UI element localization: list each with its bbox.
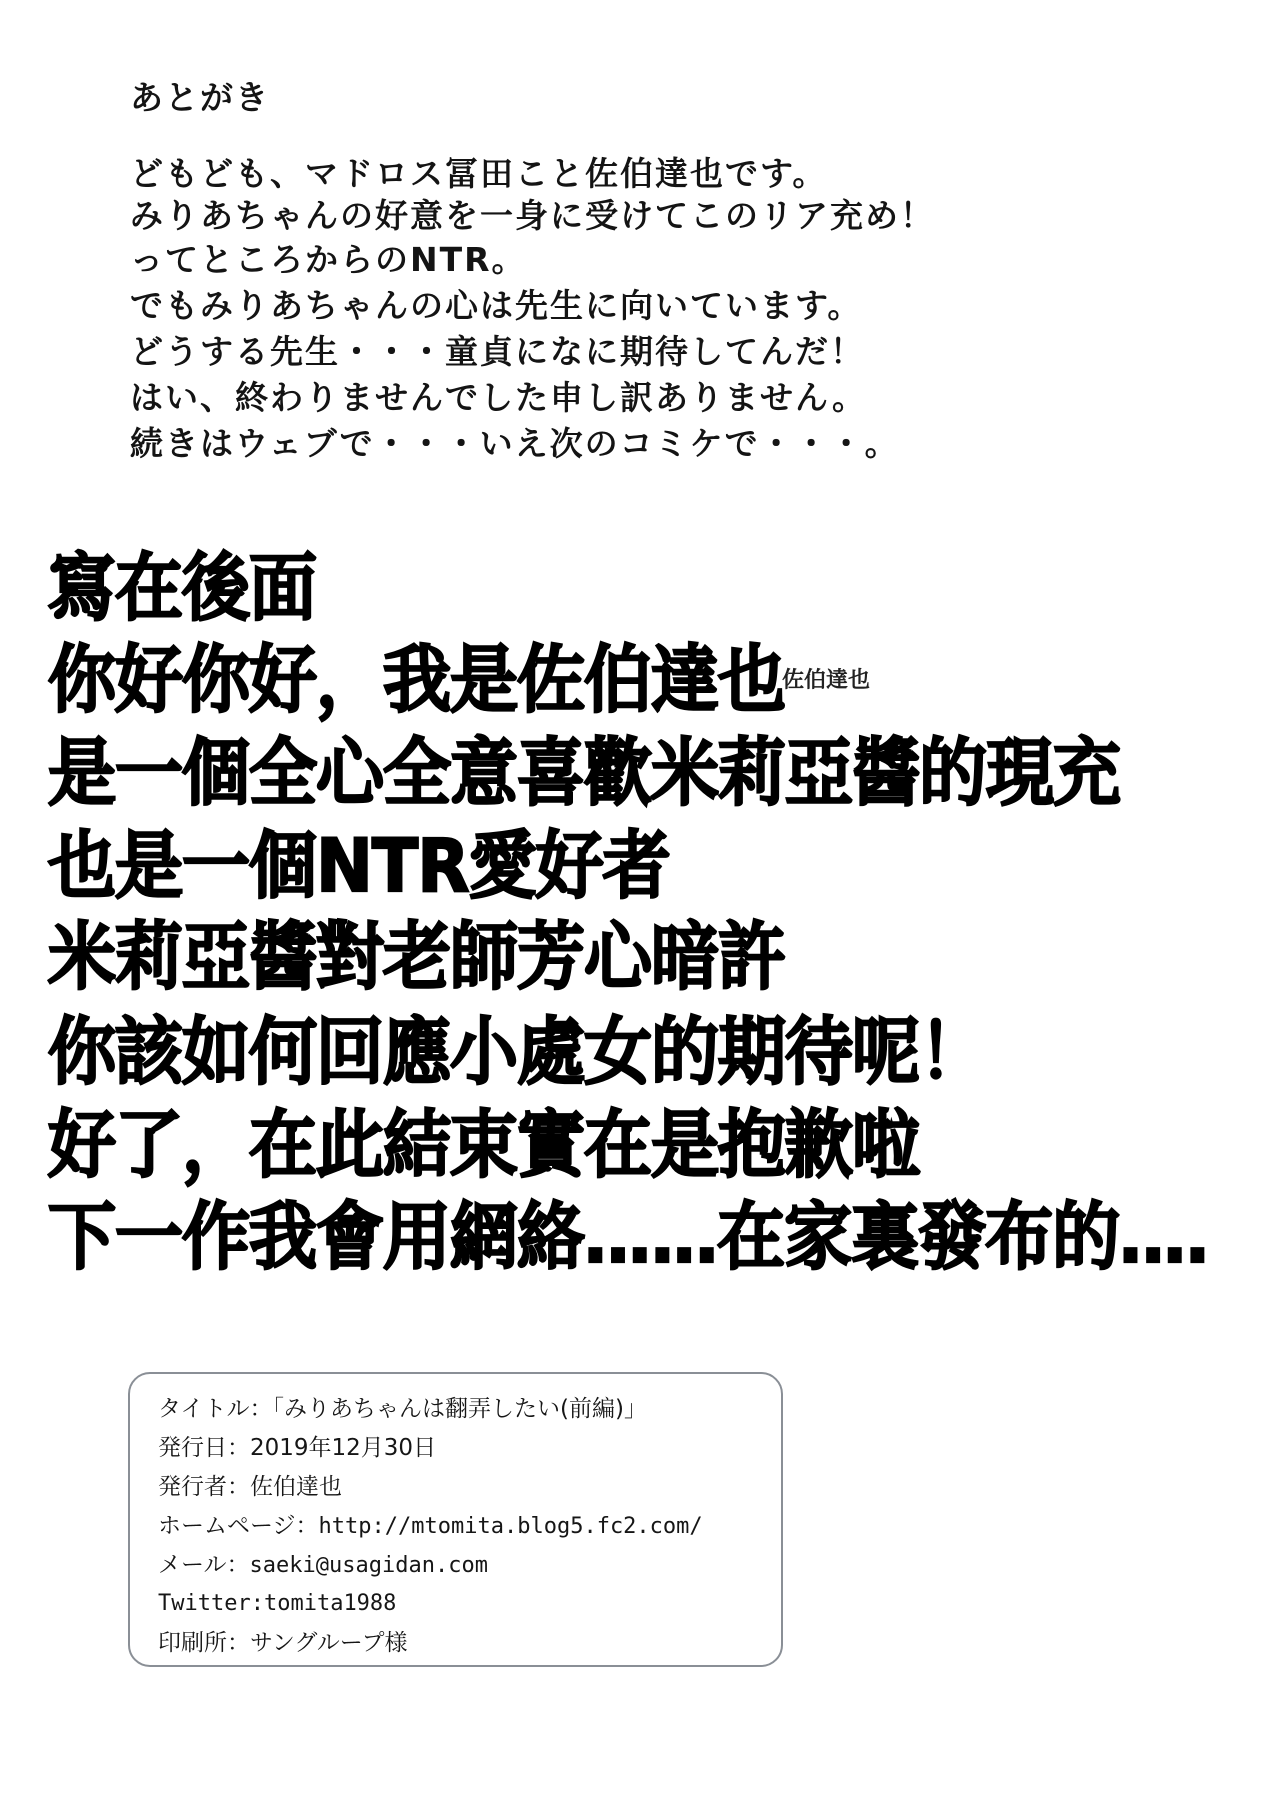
email-link[interactable]: saeki@usagidan.com bbox=[250, 1553, 488, 1578]
colophon-twitter: Twitter:tomita1988 bbox=[158, 1589, 396, 1619]
colophon-sep: ： bbox=[227, 1474, 250, 1500]
afterword-jp-line: はい、終わりませんでした申し訳ありません。 bbox=[130, 378, 867, 418]
colophon-sep: ： bbox=[296, 1513, 319, 1539]
colophon-label: Twitter bbox=[158, 1591, 251, 1616]
colophon-label: 発行者 bbox=[158, 1474, 227, 1500]
afterword-jp-line: 続きはウェブで・・・いえ次のコミケで・・・。 bbox=[130, 424, 900, 464]
colophon-printer: 印刷所：サングループ様 bbox=[158, 1628, 408, 1658]
colophon-label: タイトル bbox=[158, 1396, 250, 1422]
afterword-zh-line: 是一個全心全意喜歡米莉亞醬的現充 bbox=[48, 733, 1120, 815]
afterword-jp-line: みりあちゃんの好意を一身に受けてこのリア充め！ bbox=[130, 196, 935, 236]
colophon-label: ホームページ bbox=[158, 1513, 296, 1539]
afterword-jp-line: どうする先生・・・童貞になに期待してんだ！ bbox=[130, 332, 865, 372]
colophon-value: サングループ様 bbox=[250, 1630, 408, 1656]
colophon-homepage: ホームページ：http://mtomita.blog5.fc2.com/ bbox=[158, 1511, 703, 1542]
colophon-value: 「みりあちゃんは翻弄したい(前編)」 bbox=[273, 1396, 647, 1422]
colophon-sep: ： bbox=[250, 1396, 273, 1422]
afterword-zh-line: 好了，在此結束實在是抱歉啦 bbox=[48, 1105, 919, 1187]
colophon-sep: : bbox=[251, 1591, 264, 1616]
afterword-zh-heading: 寫在後面 bbox=[48, 548, 316, 630]
colophon-value: 2019年12月30日 bbox=[250, 1435, 436, 1461]
colophon-email: メール：saeki@usagidan.com bbox=[158, 1550, 488, 1581]
colophon-sep: ： bbox=[227, 1435, 250, 1461]
colophon-box: タイトル：「みりあちゃんは翻弄したい(前編)」 発行日：2019年12月30日 … bbox=[128, 1372, 783, 1667]
afterword-zh-line: 你好你好，我是佐伯達也 bbox=[48, 640, 785, 722]
afterword-zh-line: 下一作我會用網絡‥‥‥在家裏發布的‥‥ bbox=[48, 1197, 1208, 1279]
afterword-jp-line: でもみりあちゃんの心は先生に向いています。 bbox=[130, 286, 862, 326]
afterword-jp-heading: あとがき bbox=[130, 78, 270, 118]
colophon-value: 佐伯達也 bbox=[250, 1474, 342, 1500]
colophon-date: 発行日：2019年12月30日 bbox=[158, 1433, 436, 1463]
author-name-note: 佐伯達也 bbox=[782, 663, 870, 694]
colophon-publisher: 発行者：佐伯達也 bbox=[158, 1472, 342, 1502]
colophon-title: タイトル：「みりあちゃんは翻弄したい(前編)」 bbox=[158, 1394, 647, 1424]
homepage-link[interactable]: http://mtomita.blog5.fc2.com/ bbox=[319, 1514, 703, 1539]
twitter-handle[interactable]: tomita1988 bbox=[264, 1591, 396, 1616]
colophon-label: 発行日 bbox=[158, 1435, 227, 1461]
afterword-zh-line: 也是一個NTR愛好者 bbox=[48, 826, 670, 908]
colophon-sep: ： bbox=[227, 1552, 250, 1578]
afterword-zh-line: 你該如何回應小處女的期待呢！ bbox=[48, 1012, 986, 1094]
afterword-jp-line: どもども、マドロス冨田こと佐伯達也です。 bbox=[130, 154, 827, 194]
afterword-zh-line: 米莉亞醬對老師芳心暗許 bbox=[48, 917, 785, 999]
colophon-sep: ： bbox=[227, 1630, 250, 1656]
colophon-label: 印刷所 bbox=[158, 1630, 227, 1656]
afterword-jp-line: ってところからのNTR。 bbox=[130, 240, 527, 280]
colophon-label: メール bbox=[158, 1552, 227, 1578]
